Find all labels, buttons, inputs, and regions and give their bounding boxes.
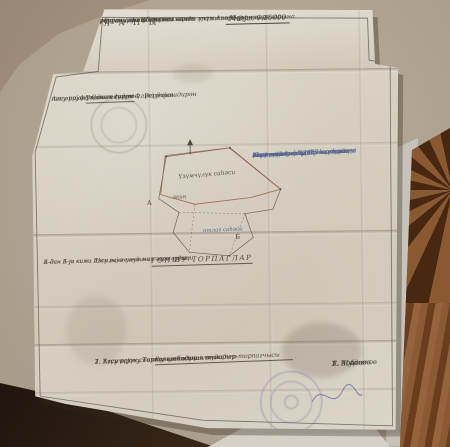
blue-pen-signature <box>307 376 367 417</box>
photo-of-land-plan-document: Азәрбајҹан республикасы Агсу рајонунун Ш… <box>0 0 450 447</box>
map-scale: Мигјас 1:25000 <box>225 13 290 24</box>
map-area-label: Үзүмчүлүк саһәси <box>178 169 236 181</box>
map-field-label: әкин <box>173 194 187 200</box>
map-point-a: А <box>147 199 152 207</box>
plan-title: П Л А Н Ы <box>88 17 160 29</box>
map-point-b: Б <box>235 233 240 241</box>
parcel-boundary-black <box>158 147 281 256</box>
round-stamp-purple-core <box>284 395 298 409</box>
document-paper-wrap: Азәрбајҹан республикасы Агсу рајонунун Ш… <box>22 2 407 437</box>
north-arrow-head <box>187 139 193 145</box>
paper-sheet: Азәрбајҹан республикасы Агсу рајонунун Ш… <box>22 2 407 437</box>
signature: А. Мурсәлов <box>332 356 377 370</box>
